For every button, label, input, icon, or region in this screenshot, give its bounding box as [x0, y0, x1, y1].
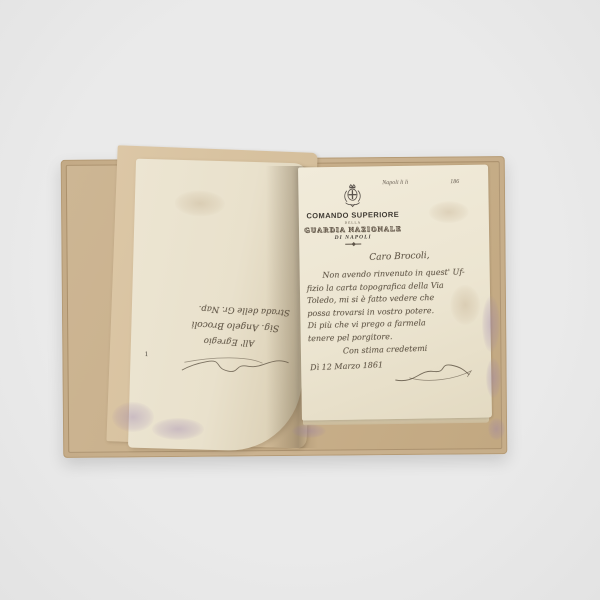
letter-body: Non avendo rinvenuto in quest' Uf- fizio…	[306, 266, 490, 346]
folio-number: 1	[145, 350, 149, 358]
left-page: All' Egregio Sig. Angelo Brocoli Strada …	[128, 159, 308, 453]
address-block: All' Egregio Sig. Angelo Brocoli Strada …	[142, 260, 296, 353]
letterhead-ornament	[345, 244, 361, 245]
signature-flourish-icon	[389, 357, 473, 388]
savoy-crest-icon	[341, 182, 363, 208]
printed-year: 186	[450, 179, 459, 185]
photo-scene: All' Egregio Sig. Angelo Brocoli Strada …	[0, 0, 600, 600]
letterhead-guardia: GUARDIA NAZIONALE	[303, 225, 403, 235]
letter-closing: Con stima credetemi	[343, 344, 428, 356]
letterhead: COMANDO SUPERIORE DELLA GUARDIA NAZIONAL…	[302, 182, 403, 246]
letter-salutation: Caro Brocoli,	[329, 250, 469, 265]
letter-date: Dì 12 Marzo 1861	[310, 360, 383, 372]
foxing-spot	[429, 201, 469, 224]
letterhead-di-napoli: DI NAPOLI	[303, 234, 403, 242]
right-page: Napoli li li 186 COMANDO SUPERIORE DELLA…	[298, 165, 492, 421]
signature-flourish-icon	[180, 348, 293, 381]
foxing-spot	[174, 190, 225, 217]
letterhead-command: COMANDO SUPERIORE	[303, 210, 403, 221]
